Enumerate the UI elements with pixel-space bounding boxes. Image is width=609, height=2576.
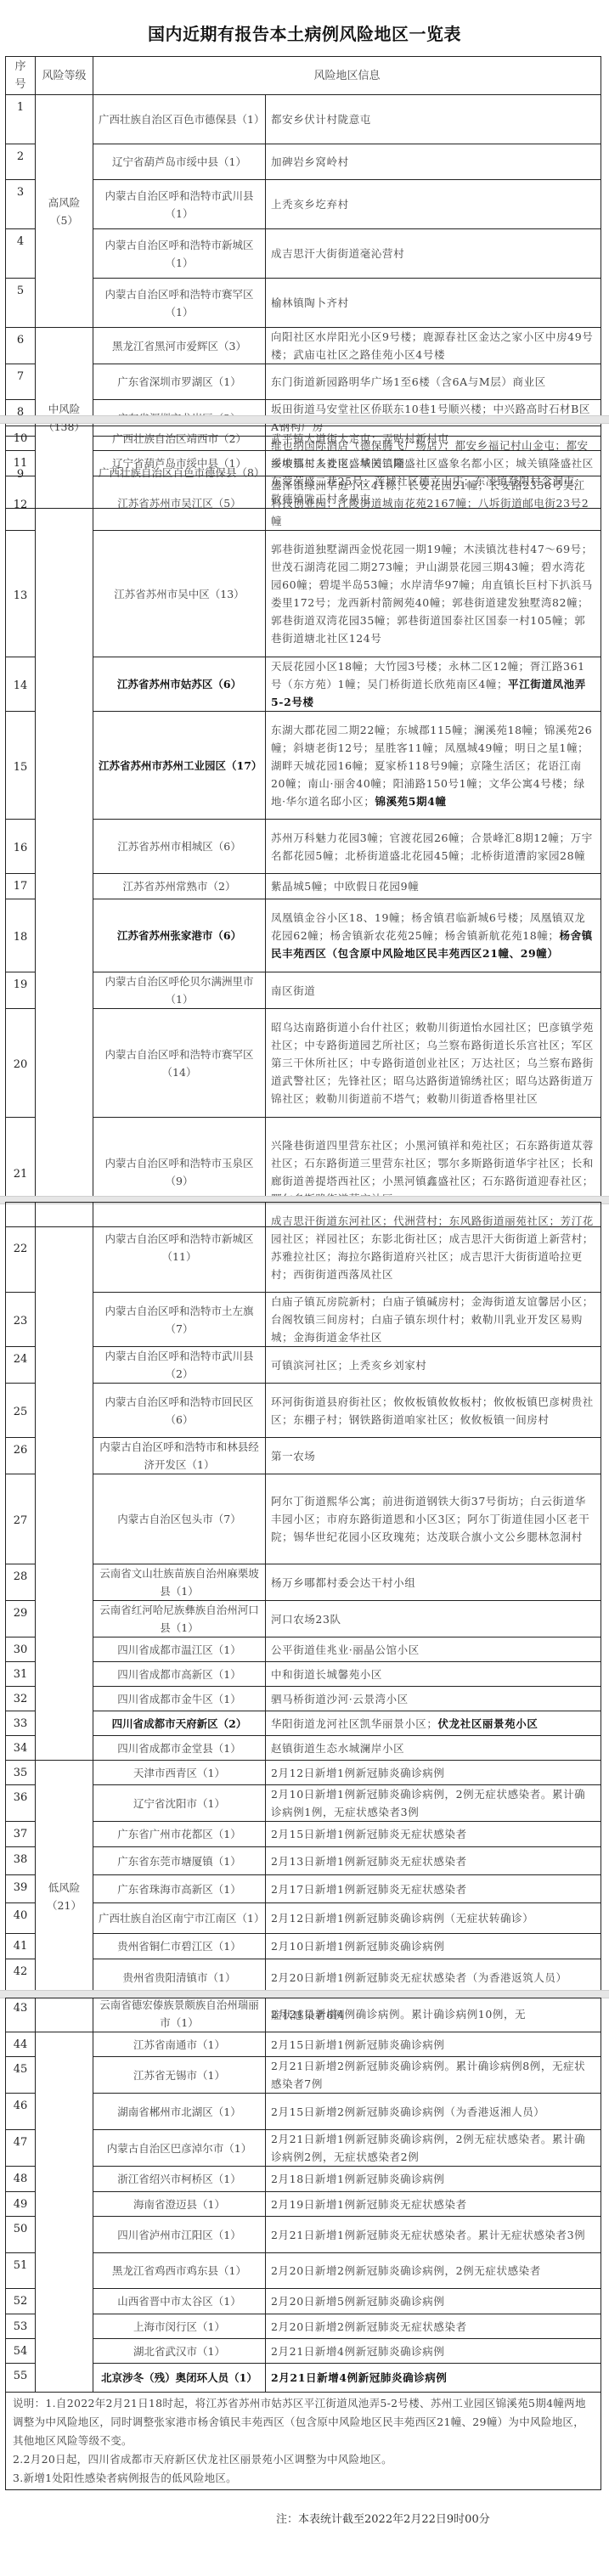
table-row: 14 江苏省苏州市姑苏区（6） 天辰花园小区18幢；大竹园3号楼；永林二区12幢…: [6, 657, 601, 712]
table-row: 16 江苏省苏州市相城区（6） 苏州万科魅力花园3幢；官渡花园26幢；合景峰汇8…: [6, 820, 601, 874]
table-row: 7 广东省深圳市罗湖区（1） 东门街道新园路明华广场1至6楼（含6A与M层）商业…: [6, 364, 601, 400]
table-row: 22 内蒙古自治区呼和浩特市新城区（11） 成吉思汗街道东河社区；代洲营村；东风…: [6, 1203, 601, 1293]
row-no: 51: [6, 2253, 36, 2289]
row-region: 江苏省苏州市吴中区（13）: [93, 531, 266, 657]
table-row: 23 内蒙古自治区呼和浩特市土左旗（7） 白庙子镇瓦房院新村；白庙子镇碱房村；金…: [6, 1293, 601, 1347]
table-row: 17 江苏省苏州常熟市（2） 紫晶城5幢；中欧假日花园9幢: [6, 874, 601, 899]
row-no: 45: [6, 2057, 36, 2094]
row-region: 江苏省苏州市相城区（6）: [93, 820, 266, 874]
row-region: 黑龙江省黑河市爱辉区（3）: [93, 328, 266, 364]
notes-cell: 说明：1.自2022年2月21日18时起，将江苏省苏州市姑苏区平江街道凤池弄5-…: [6, 2393, 601, 2490]
table-row: 12 江苏省苏州市吴江区（5） 盛泽镇绿洲华庭小区41栋；长安花园21幢；长安路…: [6, 476, 601, 531]
row-info: 2月12日新增1例新冠肺炎确诊病例（无症状转确诊）: [266, 1903, 601, 1934]
info-text-bold: 伏龙社区丽景苑小区: [438, 1717, 539, 1730]
row-info: 可镇滨河社区；上秃亥乡刘家村: [266, 1347, 601, 1384]
row-no: 48: [6, 2167, 36, 2192]
row-no: 55: [6, 2364, 36, 2393]
row-info: 杨万乡哪都村委会达干村小组: [266, 1564, 601, 1601]
table-page-3: 22 内蒙古自治区呼和浩特市新城区（11） 成吉思汗街道东河社区；代洲营村；东风…: [5, 1202, 601, 2032]
row-no: 23: [6, 1293, 36, 1347]
row-info: 2月17日新增1例新冠肺炎无症状感染者: [266, 1875, 601, 1903]
table-row: 4 内蒙古自治区呼和浩特市新城区（1） 成吉思汗大街街道毫沁营村: [6, 229, 601, 279]
row-info: 华阳街道龙河社区凯华丽景小区；伏龙社区丽景苑小区: [266, 1711, 601, 1736]
table-row: 54 湖北省武汉市（1） 2月21日新增4例新冠肺炎确诊病例: [6, 2339, 601, 2364]
table-row: 24 内蒙古自治区呼和浩特市武川县（2） 可镇滨河社区；上秃亥乡刘家村: [6, 1347, 601, 1384]
row-info: 榆林镇陶卜齐村: [266, 279, 601, 328]
row-info: 成吉思汗街道东河社区；代洲营村；东风路街道丽苑社区；芳汀花园社区；祥园社区；东影…: [266, 1203, 601, 1293]
row-region: 内蒙古自治区呼伦贝尔满洲里市（1）: [93, 972, 266, 1009]
row-info: 上秃亥乡圪弃村: [266, 180, 601, 229]
row-info: 2月15日新增2例新冠肺炎确诊病例（为香港返湘人员）: [266, 2094, 601, 2130]
table-row: 19 内蒙古自治区呼伦贝尔满洲里市（1） 南区街道: [6, 972, 601, 1009]
row-no: 28: [6, 1564, 36, 1601]
row-region: 贵州省铜仁市碧江区（1）: [93, 1934, 266, 1959]
header-info: 风险地区信息: [93, 57, 601, 95]
table-row: 53 上海市闵行区（1） 2月20日新增2例新冠肺炎无症状感染者: [6, 2314, 601, 2339]
info-text-bold: 锦溪苑5期4幢: [375, 795, 446, 808]
row-no: 20: [6, 1009, 36, 1118]
row-no: 30: [6, 1637, 36, 1662]
table-row: 1 高风险（5） 广西壮族自治区百色市德保县（1） 都安乡伏计村陇意屯: [6, 95, 601, 144]
table-row: 28 云南省文山壮族苗族自治州麻栗坡县（1） 杨万乡哪都村委会达干村小组: [6, 1564, 601, 1601]
row-no: 22: [6, 1203, 36, 1293]
row-no: 44: [6, 2032, 36, 2057]
notes-row: 说明：1.自2022年2月21日18时起，将江苏省苏州市姑苏区平江街道凤池弄5-…: [6, 2393, 601, 2490]
row-no: 1: [6, 95, 36, 144]
table-row: 10 广西壮族自治区靖西市（2） 武平镇大道街大定屯；弄贴村新村屯: [6, 426, 601, 451]
row-no: 39: [6, 1875, 36, 1903]
row-no: 19: [6, 972, 36, 1009]
row-no: 52: [6, 2289, 36, 2314]
row-info: 2月15日新增1例新冠肺炎确诊病例: [266, 2032, 601, 2057]
row-region: 湖北省武汉市（1）: [93, 2339, 266, 2364]
table-page-2: 10 广西壮族自治区靖西市（2） 武平镇大道街大定屯；弄贴村新村屯 11 辽宁省…: [5, 426, 601, 1227]
row-region: 四川省成都市高新区（1）: [93, 1662, 266, 1687]
row-info: 第一农场: [266, 1438, 601, 1474]
row-no-empty: [6, 1998, 36, 2032]
table-page-4: 症状感染者6例 44 江苏省南通市（1） 2月15日新增1例新冠肺炎确诊病例 4…: [5, 1998, 601, 2490]
row-no: 31: [6, 1662, 36, 1687]
table-row: 41 贵州省铜仁市碧江区（1） 2月10日新增1例新冠肺炎确诊病例: [6, 1934, 601, 1959]
row-region: 辽宁省葫芦岛市绥中县（1）: [93, 451, 266, 476]
table-row: 55 北京涉冬（残）奥闭环人员（1） 2月21日新增4例新冠肺炎确诊病例: [6, 2364, 601, 2393]
row-info: 中和街道长城馨苑小区: [266, 1662, 601, 1687]
row-region: 内蒙古自治区呼和浩特市回民区（6）: [93, 1384, 266, 1438]
row-region: 江苏省苏州常熟市（2）: [93, 874, 266, 899]
info-text: 华阳街道龙河社区凯华丽景小区；: [271, 1717, 438, 1730]
row-no: 33: [6, 1711, 36, 1736]
note-3: 3.新增1处阳性感染者病例报告的低风险地区。: [13, 2469, 594, 2488]
header-level: 风险等级: [36, 57, 93, 95]
row-no: 36: [6, 1785, 36, 1822]
row-info: 阿尔丁街道熙华公寓；前进街道钢铁大街37号街坊；白云街道华丰园小区；市府东路街道…: [266, 1474, 601, 1564]
row-no: 54: [6, 2339, 36, 2364]
row-info: 环河街街道县府街社区；攸攸板镇攸攸板村；攸攸板镇巴彦树贵社区；东棚子村；钢铁路街…: [266, 1384, 601, 1438]
row-no: 50: [6, 2217, 36, 2253]
row-no: 10: [6, 426, 36, 451]
row-no: 5: [6, 279, 36, 328]
row-no: 17: [6, 874, 36, 899]
row-region: 内蒙古自治区呼和浩特市新城区（11）: [93, 1203, 266, 1293]
level-low-cont: [36, 1998, 93, 2393]
table-row: 33 四川省成都市天府新区（2） 华阳街道龙河社区凯华丽景小区；伏龙社区丽景苑小…: [6, 1711, 601, 1736]
header-no: 序号: [6, 57, 36, 95]
row-no: 6: [6, 328, 36, 364]
row-info: 紫晶城5幢；中欧假日花园9幢: [266, 874, 601, 899]
row-region: 内蒙古自治区呼和浩特市武川县（1）: [93, 180, 266, 229]
row-info: 南区街道: [266, 972, 601, 1009]
row-region: 广东省珠海市高新区（1）: [93, 1875, 266, 1903]
row-info: 苏州万科魅力花园3幢；官渡花园26幢；合景峰汇8期12幢；万宇名都花园5幢；北桥…: [266, 820, 601, 874]
table-row: 40 广西壮族自治区南宁市江南区（1） 2月12日新增1例新冠肺炎确诊病例（无症…: [6, 1903, 601, 1934]
risk-table-page-2: 10 广西壮族自治区靖西市（2） 武平镇大道街大定屯；弄贴村新村屯 11 辽宁省…: [5, 426, 601, 1227]
table-row: 49 海南省澄迈县（1） 2月19日新增1例新冠肺炎无症状感染者: [6, 2192, 601, 2217]
row-info: 2月20日新增2例新冠肺炎无症状感染者: [266, 2314, 601, 2339]
row-region-empty: [93, 1998, 266, 2032]
row-no: 53: [6, 2314, 36, 2339]
row-info: 白庙子镇瓦房院新村；白庙子镇碱房村；金海街道友谊馨居小区；台阁牧镇三间房村；白庙…: [266, 1293, 601, 1347]
page-break: [0, 415, 609, 424]
row-region: 上海市闵行区（1）: [93, 2314, 266, 2339]
table-row: 11 辽宁省葫芦岛市绥中县（1） 绥中镇工人社区盛华园二期: [6, 451, 601, 476]
table-row: 20 内蒙古自治区呼和浩特市赛罕区（14） 昭乌达南路街道小台什社区；敕勒川街道…: [6, 1009, 601, 1118]
row-region: 辽宁省葫芦岛市绥中县（1）: [93, 144, 266, 180]
row-info: 成吉思汗大街街道毫沁营村: [266, 229, 601, 279]
table-row: 52 山西省晋中市太谷区（1） 2月20日新增5例新冠肺炎确诊病例: [6, 2289, 601, 2314]
table-row: 35 低风险（21） 天津市西青区（1） 2月12日新增1例新冠肺炎确诊病例: [6, 1761, 601, 1785]
row-info: 2月18日新增1例新冠肺炎确诊病例: [266, 2167, 601, 2192]
row-info: 2月21日新增1例新冠肺炎确诊病例，2例无症状感染者。累计确诊病例2例，无症状感…: [266, 2130, 601, 2167]
row-info: 2月12日新增1例新冠肺炎确诊病例: [266, 1761, 601, 1785]
row-no: 35: [6, 1761, 36, 1785]
row-no: 13: [6, 531, 36, 657]
row-region: 广西壮族自治区百色市德保县（1）: [93, 95, 266, 144]
row-region: 内蒙古自治区呼和浩特市赛罕区（14）: [93, 1009, 266, 1118]
row-no: 18: [6, 899, 36, 972]
row-no: 37: [6, 1822, 36, 1847]
table-row: 46 湖南省郴州市北湖区（1） 2月15日新增2例新冠肺炎确诊病例（为香港返湘人…: [6, 2094, 601, 2130]
row-region: 山西省晋中市太谷区（1）: [93, 2289, 266, 2314]
level-medium-cont: [36, 1203, 93, 1761]
row-no: 15: [6, 712, 36, 820]
table-row: 29 云南省红河哈尼族彝族自治州河口县（1） 河口农场23队: [6, 1601, 601, 1637]
table-header-row: 序号 风险等级 风险地区信息: [6, 57, 601, 95]
row-no: 25: [6, 1384, 36, 1438]
table-row: 2 辽宁省葫芦岛市绥中县（1） 加碑岩乡窝岭村: [6, 144, 601, 180]
row-info: 河口农场23队: [266, 1601, 601, 1637]
level-medium-cont: [36, 426, 93, 1227]
table-row: 3 内蒙古自治区呼和浩特市武川县（1） 上秃亥乡圪弃村: [6, 180, 601, 229]
row-region: 湖南省郴州市北湖区（1）: [93, 2094, 266, 2130]
row-info: 2月19日新增1例新冠肺炎无症状感染者: [266, 2192, 601, 2217]
row-region: 四川省成都市金堂县（1）: [93, 1736, 266, 1761]
row-region: 广西壮族自治区靖西市（2）: [93, 426, 266, 451]
row-region: 江苏省南通市（1）: [93, 2032, 266, 2057]
table-row: 6 中风险（138） 黑龙江省黑河市爱辉区（3） 向阳社区水岸阳光小区9号楼；鹿…: [6, 328, 601, 364]
table-row: 27 内蒙古自治区包头市（7） 阿尔丁街道熙华公寓；前进街道钢铁大街37号街坊；…: [6, 1474, 601, 1564]
table-row: 36 辽宁省沈阳市（1） 2月10日新增1例新冠肺炎确诊病例，2例无症状感染者。…: [6, 1785, 601, 1822]
table-row: 15 江苏省苏州市苏州工业园区（17） 东湖大郡花园二期22幢；东城郡115幢；…: [6, 712, 601, 820]
row-region: 黑龙江省鸡西市鸡东县（1）: [93, 2253, 266, 2289]
row-region: 云南省文山壮族苗族自治州麻栗坡县（1）: [93, 1564, 266, 1601]
row-region: 内蒙古自治区巴彦淖尔市（1）: [93, 2130, 266, 2167]
row-region: 内蒙古自治区呼和浩特市土左旗（7）: [93, 1293, 266, 1347]
table-row: 13 江苏省苏州市吴中区（13） 郭巷街道独墅湖西金悦花园一期19幢；木渎镇沈巷…: [6, 531, 601, 657]
row-region: 内蒙古自治区呼和浩特市新城区（1）: [93, 229, 266, 279]
table-row: 39 广东省珠海市高新区（1） 2月17日新增1例新冠肺炎无症状感染者: [6, 1875, 601, 1903]
row-region: 四川省成都市温江区（1）: [93, 1637, 266, 1662]
row-info: 2月13日新增1例新冠肺炎无症状感染者: [266, 1847, 601, 1875]
row-info: 向阳社区水岸阳光小区9号楼；鹿源春社区金达之家小区中房49号楼；武庙屯社区之路佳…: [266, 328, 601, 364]
table-row: 47 内蒙古自治区巴彦淖尔市（1） 2月21日新增1例新冠肺炎确诊病例，2例无症…: [6, 2130, 601, 2167]
table-row-continued: 症状感染者6例: [6, 1998, 601, 2032]
table-row: 48 浙江省绍兴市柯桥区（1） 2月18日新增1例新冠肺炎确诊病例: [6, 2167, 601, 2192]
row-region: 浙江省绍兴市柯桥区（1）: [93, 2167, 266, 2192]
row-info: 加碑岩乡窝岭村: [266, 144, 601, 180]
row-info: 盛泽镇绿洲华庭小区41栋；长安花园21幢；长安路2358号吴江科技创业园；江陵街…: [266, 476, 601, 531]
row-no: 46: [6, 2094, 36, 2130]
row-info: 赵镇街道生态水城澜岸小区: [266, 1736, 601, 1761]
note-2: 2.2月20日起，四川省成都市天府新区伏龙社区丽景苑小区调整为中风险地区。: [13, 2450, 594, 2469]
row-info: 绥中镇工人社区盛华园二期: [266, 451, 601, 476]
row-no: 40: [6, 1903, 36, 1934]
table-row: 37 广东省广州市花都区（1） 2月15日新增1例新冠肺炎无症状感染者: [6, 1822, 601, 1847]
table-row: 31 四川省成都市高新区（1） 中和街道长城馨苑小区: [6, 1662, 601, 1687]
row-info: 驷马桥街道沙河·云景湾小区: [266, 1687, 601, 1711]
document-title: 国内近期有报告本土病例风险地区一览表: [0, 20, 609, 45]
level-high: 高风险（5）: [36, 95, 93, 328]
row-no: 12: [6, 476, 36, 531]
row-info: 天辰花园小区18幢；大竹园3号楼；永林二区12幢；胥江路361号（东方苑）1幢；…: [266, 657, 601, 712]
row-info: 症状感染者6例: [266, 1998, 601, 2032]
row-no: 3: [6, 180, 36, 229]
statistics-cutoff-note: 注：本表统计截至2022年2月22日9时00分: [276, 2510, 490, 2526]
row-region: 海南省澄迈县（1）: [93, 2192, 266, 2217]
row-no: 4: [6, 229, 36, 279]
row-no: 2: [6, 144, 36, 180]
risk-table-page-3: 22 内蒙古自治区呼和浩特市新城区（11） 成吉思汗街道东河社区；代洲营村；东风…: [5, 1202, 601, 2032]
risk-table-page-4: 症状感染者6例 44 江苏省南通市（1） 2月15日新增1例新冠肺炎确诊病例 4…: [5, 1998, 601, 2490]
row-region: 四川省泸州市江阳区（1）: [93, 2217, 266, 2253]
row-no: 29: [6, 1601, 36, 1637]
row-info: 2月15日新增1例新冠肺炎无症状感染者: [266, 1822, 601, 1847]
row-no: 27: [6, 1474, 36, 1564]
row-region: 江苏省无锡市（1）: [93, 2057, 266, 2094]
table-row: 51 黑龙江省鸡西市鸡东县（1） 2月20日新增2例新冠肺炎确诊病例，2例无症状…: [6, 2253, 601, 2289]
row-info: 都安乡伏计村陇意屯: [266, 95, 601, 144]
row-no: 32: [6, 1687, 36, 1711]
row-region: 天津市西青区（1）: [93, 1761, 266, 1785]
row-info: 公平街道佳兆业·丽晶公馆小区: [266, 1637, 601, 1662]
row-region: 江苏省苏州市姑苏区（6）: [93, 657, 266, 712]
row-no: 7: [6, 364, 36, 400]
table-row: 45 江苏省无锡市（1） 2月21日新增2例新冠肺炎确诊病例。累计确诊病例8例，…: [6, 2057, 601, 2094]
row-info: 昭乌达南路街道小台什社区；敕勒川街道怡水园社区；巴彦镇学苑社区；中专路街道园艺所…: [266, 1009, 601, 1118]
table-row: 30 四川省成都市温江区（1） 公平街道佳兆业·丽晶公馆小区: [6, 1637, 601, 1662]
row-info: 武平镇大道街大定屯；弄贴村新村屯: [266, 426, 601, 451]
row-no: 38: [6, 1847, 36, 1875]
table-row: 50 四川省泸州市江阳区（1） 2月21日新增1例新冠肺炎无症状感染者。累计无症…: [6, 2217, 601, 2253]
note-1: 说明：1.自2022年2月21日18时起，将江苏省苏州市姑苏区平江街道凤池弄5-…: [13, 2394, 594, 2450]
row-info: 郭巷街道独墅湖西金悦花园一期19幢；木渎镇沈巷村47～69号；世茂石湖湾花园二期…: [266, 531, 601, 657]
table-row: 25 内蒙古自治区呼和浩特市回民区（6） 环河街街道县府街社区；攸攸板镇攸攸板村…: [6, 1384, 601, 1438]
row-region: 江苏省苏州张家港市（6）: [93, 899, 266, 972]
row-no: 41: [6, 1934, 36, 1959]
row-region: 广东省深圳市罗湖区（1）: [93, 364, 266, 400]
row-no: 16: [6, 820, 36, 874]
row-info: 东湖大郡花园二期22幢；东城郡115幢；澜溪苑18幢；锦溪苑26幢；斜塘老街12…: [266, 712, 601, 820]
row-region: 内蒙古自治区呼和浩特市武川县（2）: [93, 1347, 266, 1384]
table-row: 26 内蒙古自治区呼和浩特市和林县经济开发区（1） 第一农场: [6, 1438, 601, 1474]
row-region: 江苏省苏州市苏州工业园区（17）: [93, 712, 266, 820]
row-region: 四川省成都市金牛区（1）: [93, 1687, 266, 1711]
row-no: 26: [6, 1438, 36, 1474]
info-text: 凤凰镇金谷小区18、19幢；杨舍镇君临新城6号楼；凤凰镇双龙花园62幢；杨舍镇新…: [271, 911, 585, 942]
row-region: 广西壮族自治区南宁市江南区（1）: [93, 1903, 266, 1934]
row-no: 34: [6, 1736, 36, 1761]
table-row: 32 四川省成都市金牛区（1） 驷马桥街道沙河·云景湾小区: [6, 1687, 601, 1711]
row-info: 2月21日新增1例新冠肺炎无症状感染者。累计无症状感染者3例: [266, 2217, 601, 2253]
row-no: 47: [6, 2130, 36, 2167]
row-info: 东门街道新园路明华广场1至6楼（含6A与M层）商业区: [266, 364, 601, 400]
table-row: 18 江苏省苏州张家港市（6） 凤凰镇金谷小区18、19幢；杨舍镇君临新城6号楼…: [6, 899, 601, 972]
row-region: 广东省广州市花都区（1）: [93, 1822, 266, 1847]
row-region: 内蒙古自治区呼和浩特市和林县经济开发区（1）: [93, 1438, 266, 1474]
row-no: 14: [6, 657, 36, 712]
row-region: 内蒙古自治区包头市（7）: [93, 1474, 266, 1564]
row-region: 广东省东莞市塘厦镇（1）: [93, 1847, 266, 1875]
row-info: 凤凰镇金谷小区18、19幢；杨舍镇君临新城6号楼；凤凰镇双龙花园62幢；杨舍镇新…: [266, 899, 601, 972]
row-info: 2月21日新增2例新冠肺炎确诊病例。累计确诊病例8例，无症状感染者7例: [266, 2057, 601, 2094]
row-info: 2月21日新增4例新冠肺炎确诊病例: [266, 2364, 601, 2393]
row-no: 11: [6, 451, 36, 476]
row-no: 24: [6, 1347, 36, 1384]
row-info: 2月20日新增5例新冠肺炎确诊病例: [266, 2289, 601, 2314]
row-region: 内蒙古自治区呼和浩特市赛罕区（1）: [93, 279, 266, 328]
table-row: 5 内蒙古自治区呼和浩特市赛罕区（1） 榆林镇陶卜齐村: [6, 279, 601, 328]
row-info: 2月10日新增1例新冠肺炎确诊病例，2例无症状感染者。累计确诊病例1例，无症状感…: [266, 1785, 601, 1822]
row-region: 云南省红河哈尼族彝族自治州河口县（1）: [93, 1601, 266, 1637]
row-region: 辽宁省沈阳市（1）: [93, 1785, 266, 1822]
table-row: 44 江苏省南通市（1） 2月15日新增1例新冠肺炎确诊病例: [6, 2032, 601, 2057]
row-no: 49: [6, 2192, 36, 2217]
row-region: 江苏省苏州市吴江区（5）: [93, 476, 266, 531]
row-info: 2月10日新增1例新冠肺炎确诊病例: [266, 1934, 601, 1959]
table-row: 34 四川省成都市金堂县（1） 赵镇街道生态水城澜岸小区: [6, 1736, 601, 1761]
table-row: 38 广东省东莞市塘厦镇（1） 2月13日新增1例新冠肺炎无症状感染者: [6, 1847, 601, 1875]
row-region: 北京涉冬（残）奥闭环人员（1）: [93, 2364, 266, 2393]
row-info: 2月21日新增4例新冠肺炎确诊病例: [266, 2339, 601, 2364]
row-info: 2月20日新增2例新冠肺炎确诊病例，2例无症状感染者: [266, 2253, 601, 2289]
row-region: 四川省成都市天府新区（2）: [93, 1711, 266, 1736]
